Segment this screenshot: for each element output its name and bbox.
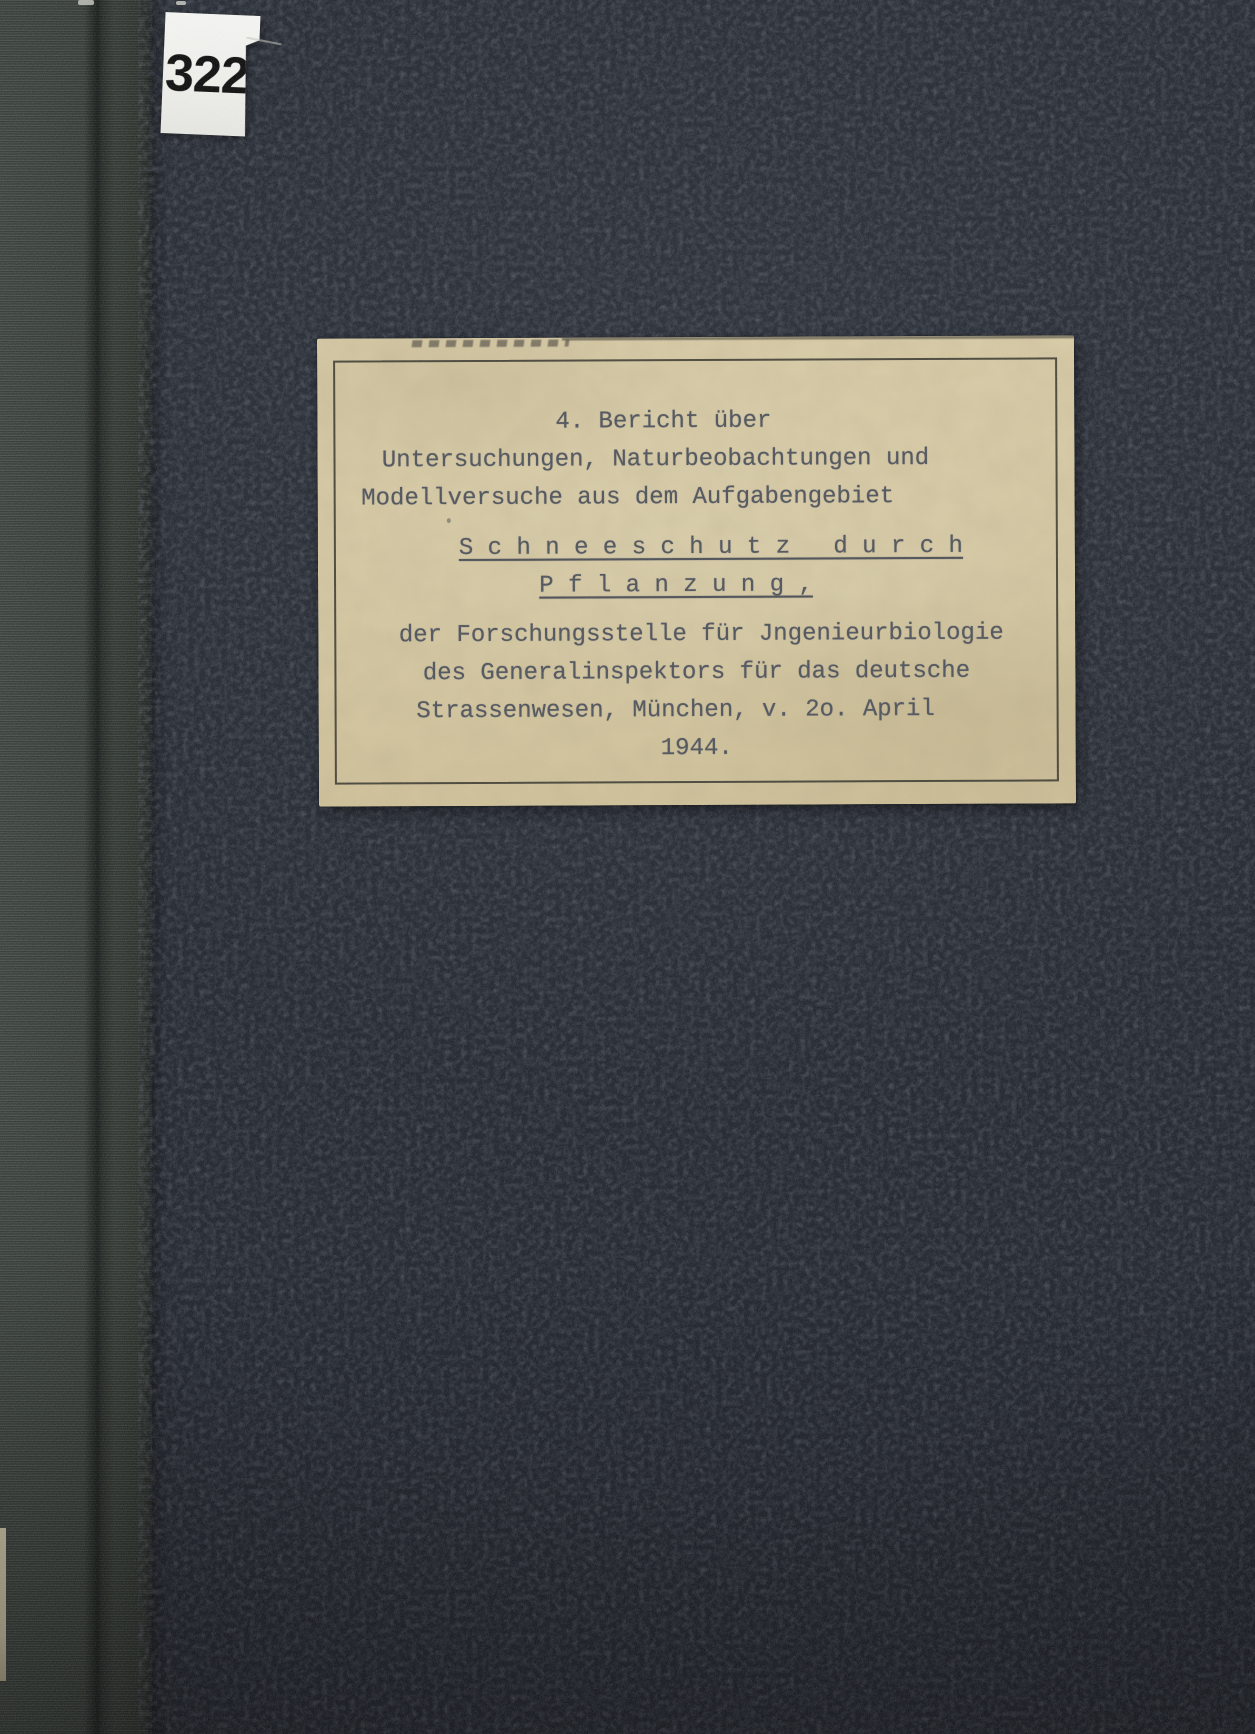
label-line-subject-1: Untersuchungen, Naturbeobachtungen und (382, 440, 929, 480)
shelf-number: 322 (164, 43, 257, 107)
label-line-report-number: 4. Bericht über (555, 403, 771, 442)
book-spine-cloth (0, 0, 152, 1734)
cut-text-remnant (412, 340, 570, 348)
label-line-subject-2: Modellversuche aus dem Aufgabengebiet (361, 478, 894, 518)
label-line-year: 1944. (661, 730, 733, 768)
sticker-paper: 322 (161, 12, 261, 137)
spine-groove (84, 0, 114, 1734)
label-line-institution-2: des Generalinspektors für das deutsche (423, 653, 970, 693)
dust-speck (176, 1, 186, 5)
typed-title-label: 4. Bericht über Untersuchungen, Naturbeo… (317, 335, 1076, 806)
label-line-place-date: Strassenwesen, München, v. 2o. April (416, 691, 935, 731)
label-title-line-1: S c h n e e s c h u t z d u r c h (459, 528, 963, 568)
label-title-line-2: P f l a n z u n g , (539, 566, 813, 605)
dust-speck (78, 0, 94, 5)
label-line-institution-1: der Forschungsstelle für Jngenieurbiolog… (399, 615, 1004, 656)
book-cover-board (0, 0, 1255, 1734)
book-cover-photo: 4. Bericht über Untersuchungen, Naturbeo… (0, 0, 1255, 1734)
shelf-number-sticker: 322 (161, 12, 261, 137)
protruding-page-tab (0, 1528, 6, 1681)
spine-hinge-shadow (140, 0, 168, 1734)
label-typed-text: 4. Bericht über Untersuchungen, Naturbeo… (335, 359, 1057, 782)
